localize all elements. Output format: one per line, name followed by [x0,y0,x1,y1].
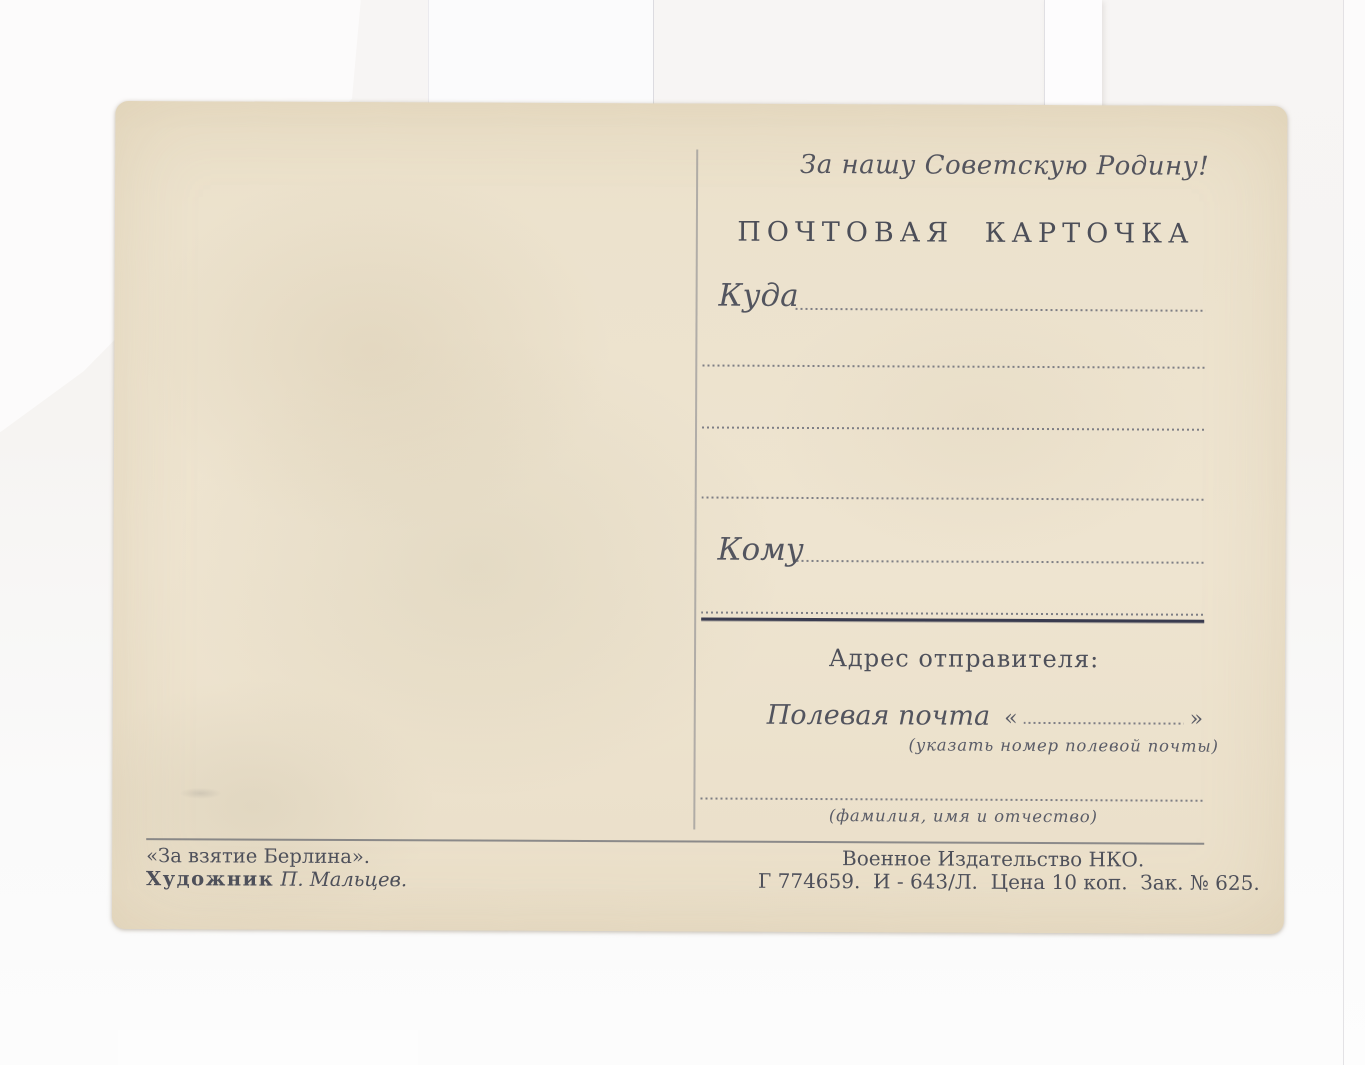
open-guillemet: « [1004,706,1018,731]
patriotic-slogan: За нашу Советскую Родину! [800,150,1209,182]
sender-address-header: Адрес отправителя: [694,643,1234,673]
address-blank-line-2 [702,365,1205,369]
separator-rule [701,618,1204,623]
imprint-rule [146,838,1204,845]
separator-dotted-line [701,612,1204,616]
address-blank-line-4 [702,497,1205,501]
paper-strip-bottom-left [118,1030,418,1065]
recipient-blank-line [796,560,1204,564]
publisher-line: Военное Издательство НКО. [758,847,1228,872]
print-info-line: Г 774659. И - 643/Л. Цена 10 коп. Зак. №… [758,870,1228,895]
recipient-label: Кому [717,532,804,568]
imprint-left: «За взятие Берлина». Художник П. Мальцев… [146,844,407,891]
postcard-back: За нашу Советскую Родину! ПОЧТОВАЯ КАРТО… [112,101,1288,934]
center-divider-line [693,149,698,829]
artist-label: Художник [146,867,274,891]
sender-name-blank-line [700,798,1203,802]
artist-name: П. Мальцев. [280,868,407,892]
tape-strip-top-center [428,0,654,106]
address-blank-line-3 [702,427,1205,431]
sender-name-hint: (фамилия, имя и отчество) [693,805,1233,826]
postcard-title: ПОЧТОВАЯ КАРТОЧКА [696,216,1236,249]
field-post-row: Полевая почта « » [767,700,1203,733]
address-to-label: Куда [719,278,799,314]
field-post-number-blank [1024,722,1184,725]
artwork-title: «За взятие Берлина». [146,844,407,868]
field-post-hint: (указать номер полевой почты) [899,735,1229,755]
scanned-postcard-photo: За нашу Советскую Родину! ПОЧТОВАЯ КАРТО… [0,0,1365,1065]
field-post-label: Полевая почта [767,700,991,732]
close-guillemet: » [1190,707,1204,732]
paper-edge-right [1343,0,1365,1065]
address-blank-line-1 [796,308,1206,312]
imprint-right: Военное Издательство НКО. Г 774659. И - … [758,847,1228,895]
artist-line: Художник П. Мальцев. [146,867,407,891]
